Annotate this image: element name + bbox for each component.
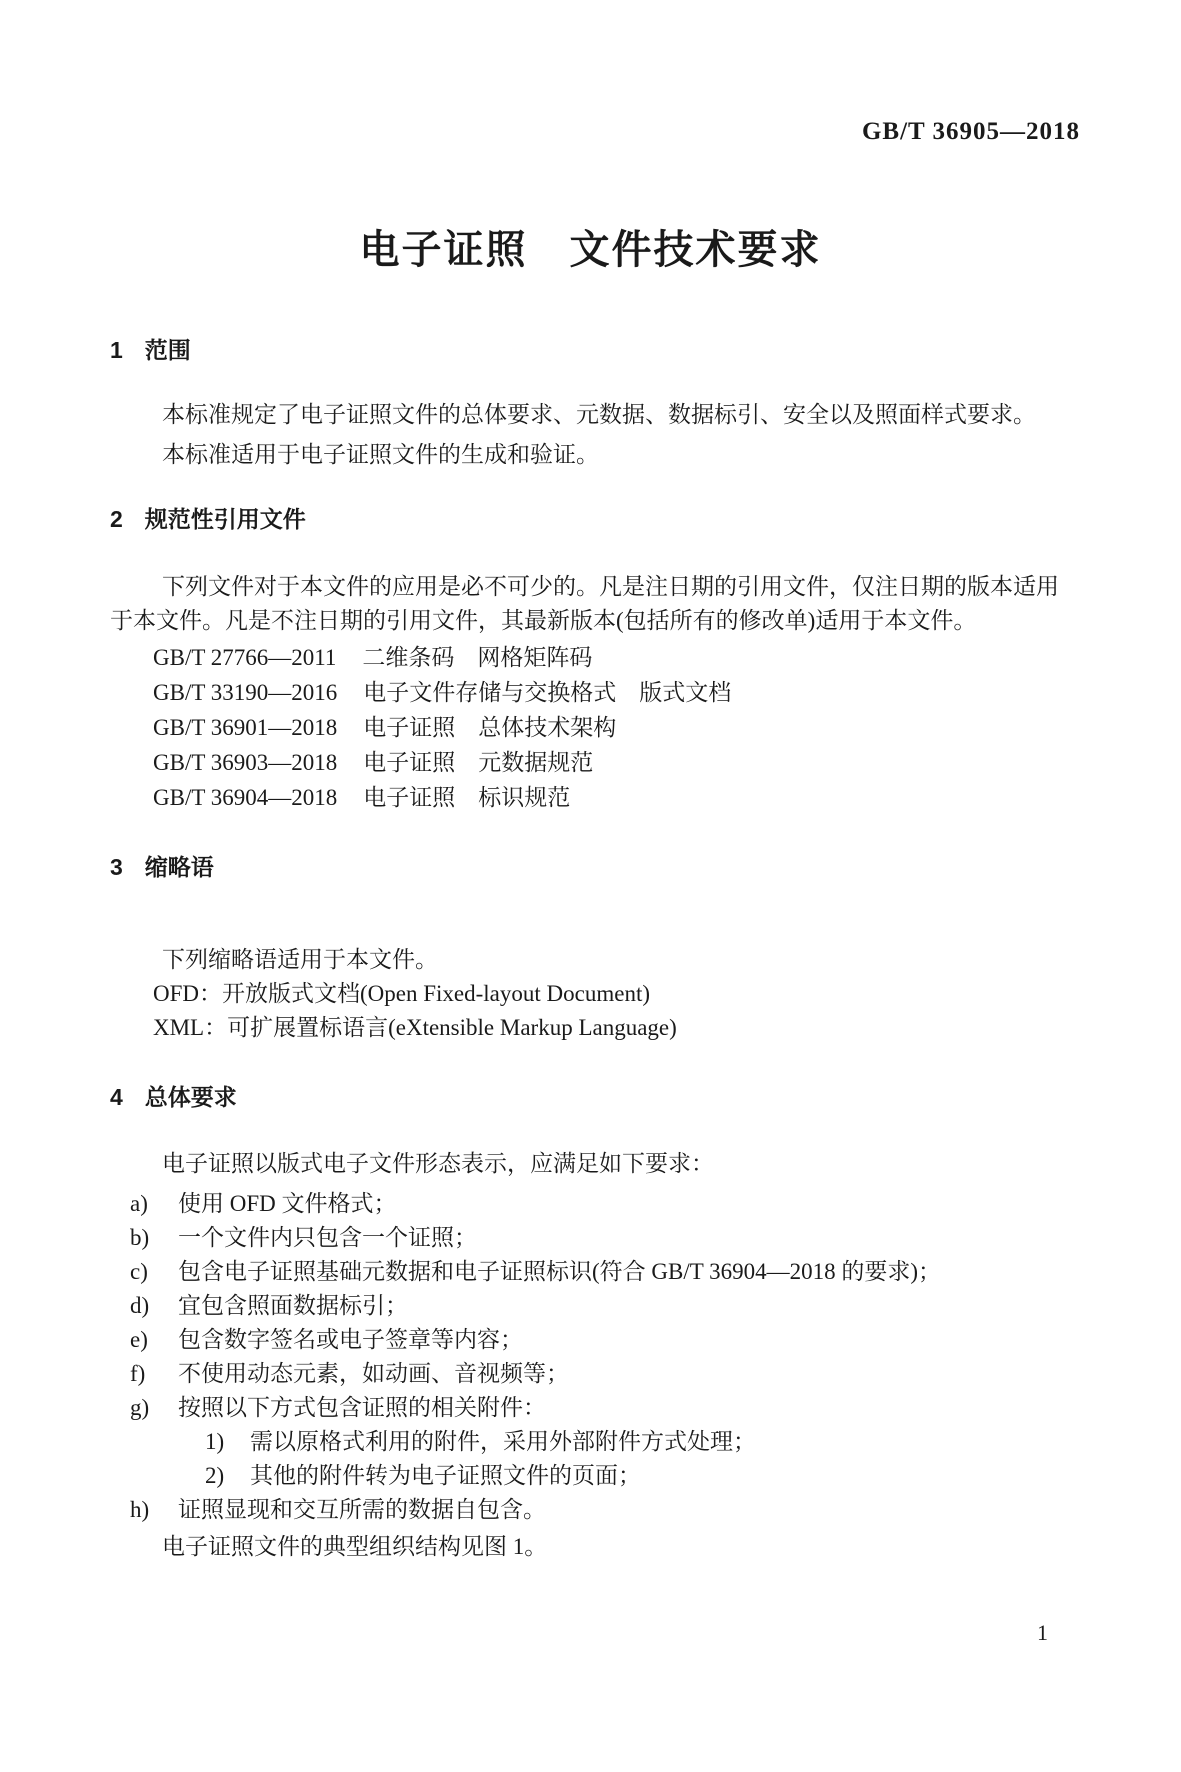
paragraph: 本标准适用于电子证照文件的生成和验证。 xyxy=(110,438,1078,472)
reference-list: GB/T 27766—2011二维条码 网格矩阵码 GB/T 33190—201… xyxy=(110,640,1078,815)
reference-item: GB/T 27766—2011二维条码 网格矩阵码 xyxy=(110,640,1078,675)
section-number: 2 xyxy=(110,504,123,534)
list-item-text: 包含数字签名或电子签章等内容； xyxy=(178,1327,523,1352)
list-item-text: 其他的附件转为电子证照文件的页面； xyxy=(250,1463,641,1488)
list-item: d)宜包含照面数据标引； xyxy=(110,1289,1078,1323)
section-title: 缩略语 xyxy=(145,854,214,880)
reference-code: GB/T 36904—2018 xyxy=(153,785,337,810)
section-2-heading: 2规范性引用文件 xyxy=(110,504,1078,534)
list-item-text: 一个文件内只包含一个证照； xyxy=(178,1225,477,1250)
section-title: 总体要求 xyxy=(145,1084,237,1110)
paragraph: 下列缩略语适用于本文件。 xyxy=(110,943,1078,977)
reference-title: 二维条码 网格矩阵码 xyxy=(362,645,592,670)
abbreviation-item: OFD：开放版式文档(Open Fixed-layout Document) xyxy=(110,977,1078,1011)
sub-list-item: 2)其他的附件转为电子证照文件的页面； xyxy=(110,1459,1078,1493)
paragraph: 下列文件对于本文件的应用是必不可少的。凡是注日期的引用文件，仅注日期的版本适用于… xyxy=(110,570,1078,638)
reference-title: 电子证照 标识规范 xyxy=(363,785,570,810)
reference-item: GB/T 33190—2016电子文件存储与交换格式 版式文档 xyxy=(110,675,1078,710)
abbreviation-item: XML：可扩展置标语言(eXtensible Markup Language) xyxy=(110,1011,1078,1045)
list-item: b)一个文件内只包含一个证照； xyxy=(110,1221,1078,1255)
section-title: 规范性引用文件 xyxy=(145,506,306,532)
paragraph: 本标准规定了电子证照文件的总体要求、元数据、数据标引、安全以及照面样式要求。 xyxy=(110,398,1078,432)
page-number: 1 xyxy=(1037,1616,1048,1650)
list-item-label: e) xyxy=(130,1323,148,1357)
reference-item: GB/T 36903—2018电子证照 元数据规范 xyxy=(110,745,1078,780)
list-item-label: g) xyxy=(130,1391,149,1425)
section-title: 范围 xyxy=(145,337,191,363)
closing-paragraph: 电子证照文件的典型组织结构见图 1。 xyxy=(110,1530,1078,1564)
section-4-heading: 4总体要求 xyxy=(110,1082,1078,1112)
paragraph: 电子证照以版式电子文件形态表示，应满足如下要求： xyxy=(110,1147,1078,1181)
list-item-text: 使用 OFD 文件格式； xyxy=(178,1191,397,1216)
reference-item: GB/T 36901—2018电子证照 总体技术架构 xyxy=(110,710,1078,745)
reference-code: GB/T 33190—2016 xyxy=(153,680,337,705)
list-item-text: 证照显现和交互所需的数据自包含。 xyxy=(178,1497,546,1522)
list-item-label: 1) xyxy=(205,1425,224,1459)
list-item-text: 包含电子证照基础元数据和电子证照标识(符合 GB/T 36904—2018 的要… xyxy=(178,1259,941,1284)
list-item-label: c) xyxy=(130,1255,148,1289)
section-3-heading: 3缩略语 xyxy=(110,852,1078,882)
list-item-label: a) xyxy=(130,1187,148,1221)
list-item-label: f) xyxy=(130,1357,145,1391)
section-number: 1 xyxy=(110,335,123,365)
reference-code: GB/T 36901—2018 xyxy=(153,715,337,740)
list-item-label: d) xyxy=(130,1289,149,1323)
list-item-label: h) xyxy=(130,1493,149,1527)
list-item: a)使用 OFD 文件格式； xyxy=(110,1187,1078,1221)
reference-code: GB/T 36903—2018 xyxy=(153,750,337,775)
section-number: 4 xyxy=(110,1082,123,1112)
list-item-text: 需以原格式利用的附件，采用外部附件方式处理； xyxy=(250,1429,756,1454)
list-item-text: 按照以下方式包含证照的相关附件： xyxy=(178,1395,546,1420)
reference-title: 电子证照 总体技术架构 xyxy=(363,715,616,740)
requirement-list: a)使用 OFD 文件格式； b)一个文件内只包含一个证照； c)包含电子证照基… xyxy=(110,1187,1078,1527)
list-item-text: 不使用动态元素，如动画、音视频等； xyxy=(178,1361,569,1386)
list-item-label: b) xyxy=(130,1221,149,1255)
list-item: e)包含数字签名或电子签章等内容； xyxy=(110,1323,1078,1357)
sub-list-item: 1)需以原格式利用的附件，采用外部附件方式处理； xyxy=(110,1425,1078,1459)
list-item: f)不使用动态元素，如动画、音视频等； xyxy=(110,1357,1078,1391)
section-number: 3 xyxy=(110,852,123,882)
section-1-heading: 1范围 xyxy=(110,335,1078,365)
reference-title: 电子证照 元数据规范 xyxy=(363,750,593,775)
list-item: c)包含电子证照基础元数据和电子证照标识(符合 GB/T 36904—2018 … xyxy=(110,1255,1078,1289)
reference-title: 电子文件存储与交换格式 版式文档 xyxy=(363,680,731,705)
list-item-text: 宜包含照面数据标引； xyxy=(178,1293,408,1318)
list-item-label: 2) xyxy=(205,1459,224,1493)
list-item: g)按照以下方式包含证照的相关附件： xyxy=(110,1391,1078,1425)
document-page: GB/T 36905—2018 电子证照 文件技术要求 1范围 本标准规定了电子… xyxy=(0,0,1181,1772)
document-body: 1范围 本标准规定了电子证照文件的总体要求、元数据、数据标引、安全以及照面样式要… xyxy=(110,0,1078,1564)
list-item: h)证照显现和交互所需的数据自包含。 xyxy=(110,1493,1078,1527)
reference-item: GB/T 36904—2018电子证照 标识规范 xyxy=(110,780,1078,815)
reference-code: GB/T 27766—2011 xyxy=(153,645,336,670)
